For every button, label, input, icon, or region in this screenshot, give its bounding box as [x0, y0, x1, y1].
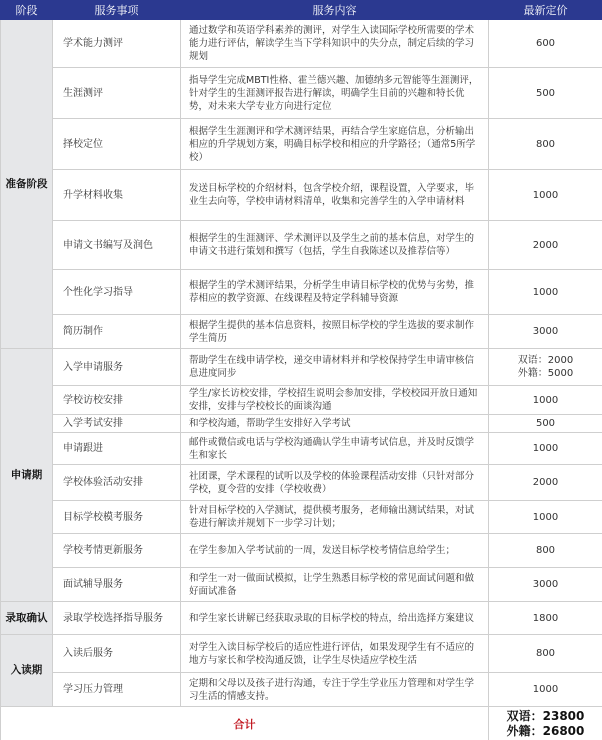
service-content: 社团课，学术课程的试听以及学校的体验课程活动安排（只针对部分学校，夏令营的安排（…: [181, 465, 489, 501]
service-item: 目标学校模考服务: [53, 501, 181, 534]
header-content: 服务内容: [181, 1, 489, 20]
table-row: 申请跟进 邮件或微信或电话与学校沟通确认学生申请考试信息，并及时反馈学生和家长 …: [1, 433, 602, 465]
table-row: 生涯测评 指导学生完成MBTI性格、霍兰德兴趣、加德纳多元智能等生涯测评，针对学…: [1, 68, 602, 119]
header-row: 阶段 服务事项 服务内容 最新定价: [1, 1, 602, 20]
table-row: 入学考试安排 和学校沟通，帮助学生安排好入学考试 500: [1, 415, 602, 433]
service-content: 和学生一对一做面试模拟，让学生熟悉目标学校的常见面试问题和做好面试准备: [181, 568, 489, 602]
service-item: 申请跟进: [53, 433, 181, 465]
service-content: 根据学生生涯测评和学术测评结果，再结合学生家庭信息，分析输出相应的升学规划方案，…: [181, 119, 489, 170]
total-row: 合计 双语：23800 外籍：26800: [1, 707, 602, 740]
service-price: 1000: [489, 386, 602, 415]
stage-enrollment: 入读期: [1, 635, 53, 707]
service-content: 针对目标学校的入学测试，提供模考服务，老师输出测试结果，对试卷进行解读并规划下一…: [181, 501, 489, 534]
table-row: 学校考情更新服务 在学生参加入学考试前的一周，发送目标学校考情信息给学生； 80…: [1, 534, 602, 568]
service-price: 500: [489, 415, 602, 433]
service-item: 择校定位: [53, 119, 181, 170]
service-price: 双语：2000 外籍：5000: [489, 349, 602, 386]
service-item: 学习压力管理: [53, 673, 181, 707]
service-item: 入学申请服务: [53, 349, 181, 386]
service-price: 1800: [489, 602, 602, 635]
table-row: 申请文书编写及润色 根据学生的生涯测评、学术测评以及学生之前的基本信息，对学生的…: [1, 221, 602, 270]
total-label: 合计: [1, 707, 489, 740]
service-content: 邮件或微信或电话与学校沟通确认学生申请考试信息，并及时反馈学生和家长: [181, 433, 489, 465]
service-price: 800: [489, 534, 602, 568]
total-foreign: 外籍：26800: [493, 724, 598, 739]
total-value: 双语：23800 外籍：26800: [489, 707, 602, 740]
header-price: 最新定价: [489, 1, 602, 20]
service-price: 500: [489, 68, 602, 119]
service-item: 简历制作: [53, 315, 181, 349]
service-content: 发送目标学校的介绍材料，包含学校介绍，课程设置，入学要求，毕业生去向等，学校申请…: [181, 170, 489, 221]
service-price: 3000: [489, 315, 602, 349]
service-price: 2000: [489, 465, 602, 501]
total-bilingual: 双语：23800: [493, 709, 598, 724]
header-item: 服务事项: [53, 1, 181, 20]
service-price: 1000: [489, 433, 602, 465]
service-price: 1000: [489, 270, 602, 315]
stage-prep: 准备阶段: [1, 20, 53, 349]
service-content: 对学生入读目标学校后的适应性进行评估，如果发现学生有不适应的地方与家长和学校沟通…: [181, 635, 489, 673]
table-row: 学习压力管理 定期和父母以及孩子进行沟通，专注于学生学业压力管理和对学生学习生活…: [1, 673, 602, 707]
service-content: 和学生家长讲解已经获取录取的目标学校的特点，给出选择方案建议: [181, 602, 489, 635]
service-content: 根据学生的学术测评结果，分析学生申请目标学校的优势与劣势，推荐相应的教学资源、在…: [181, 270, 489, 315]
service-content: 学生/家长访校安排，学校招生说明会参加安排，学校校园开放日通知安排，安排与学校校…: [181, 386, 489, 415]
service-price: 1000: [489, 501, 602, 534]
service-item: 升学材料收集: [53, 170, 181, 221]
service-item: 学校考情更新服务: [53, 534, 181, 568]
table-row: 入读期 入读后服务 对学生入读目标学校后的适应性进行评估，如果发现学生有不适应的…: [1, 635, 602, 673]
service-item: 学术能力测评: [53, 20, 181, 68]
service-price: 1000: [489, 673, 602, 707]
service-price: 1000: [489, 170, 602, 221]
service-item: 生涯测评: [53, 68, 181, 119]
service-item: 入学考试安排: [53, 415, 181, 433]
service-content: 和学校沟通，帮助学生安排好入学考试: [181, 415, 489, 433]
table-row: 简历制作 根据学生提供的基本信息资料，按照目标学校的学生选拔的要求制作学生简历 …: [1, 315, 602, 349]
table-row: 升学材料收集 发送目标学校的介绍材料，包含学校介绍，课程设置，入学要求，毕业生去…: [1, 170, 602, 221]
table-row: 准备阶段 学术能力测评 通过数学和英语学科素养的测评，对学生入读国际学校所需要的…: [1, 20, 602, 68]
stage-admission: 录取确认: [1, 602, 53, 635]
service-content: 指导学生完成MBTI性格、霍兰德兴趣、加德纳多元智能等生涯测评，针对学生的生涯测…: [181, 68, 489, 119]
service-price: 3000: [489, 568, 602, 602]
service-content: 通过数学和英语学科素养的测评，对学生入读国际学校所需要的学术能力进行评估，解读学…: [181, 20, 489, 68]
service-item: 个性化学习指导: [53, 270, 181, 315]
service-item: 申请文书编写及润色: [53, 221, 181, 270]
table-row: 个性化学习指导 根据学生的学术测评结果，分析学生申请目标学校的优势与劣势，推荐相…: [1, 270, 602, 315]
table-row: 学校访校安排 学生/家长访校安排，学校招生说明会参加安排，学校校园开放日通知安排…: [1, 386, 602, 415]
service-item: 录取学校选择指导服务: [53, 602, 181, 635]
header-stage: 阶段: [1, 1, 53, 20]
service-item: 入读后服务: [53, 635, 181, 673]
service-price: 800: [489, 635, 602, 673]
table-row: 面试辅导服务 和学生一对一做面试模拟，让学生熟悉目标学校的常见面试问题和做好面试…: [1, 568, 602, 602]
price-foreign: 外籍：5000: [493, 367, 598, 380]
table-row: 目标学校模考服务 针对目标学校的入学测试，提供模考服务，老师输出测试结果，对试卷…: [1, 501, 602, 534]
service-content: 根据学生的生涯测评、学术测评以及学生之前的基本信息，对学生的申请文书进行策划和撰…: [181, 221, 489, 270]
price-bilingual: 双语：2000: [493, 354, 598, 367]
service-price: 800: [489, 119, 602, 170]
stage-application: 申请期: [1, 349, 53, 602]
service-item: 学校体验活动安排: [53, 465, 181, 501]
service-content: 定期和父母以及孩子进行沟通，专注于学生学业压力管理和对学生学习生活的情感支持。: [181, 673, 489, 707]
table-row: 申请期 入学申请服务 帮助学生在线申请学校，递交申请材料并和学校保持学生申请审核…: [1, 349, 602, 386]
table-row: 录取确认 录取学校选择指导服务 和学生家长讲解已经获取录取的目标学校的特点，给出…: [1, 602, 602, 635]
pricing-table: 阶段 服务事项 服务内容 最新定价 准备阶段 学术能力测评 通过数学和英语学科素…: [0, 0, 602, 740]
service-item: 面试辅导服务: [53, 568, 181, 602]
service-content: 根据学生提供的基本信息资料，按照目标学校的学生选拔的要求制作学生简历: [181, 315, 489, 349]
table-row: 学校体验活动安排 社团课，学术课程的试听以及学校的体验课程活动安排（只针对部分学…: [1, 465, 602, 501]
service-price: 600: [489, 20, 602, 68]
service-content: 帮助学生在线申请学校，递交申请材料并和学校保持学生申请审核信息进度同步: [181, 349, 489, 386]
service-content: 在学生参加入学考试前的一周，发送目标学校考情信息给学生；: [181, 534, 489, 568]
service-price: 2000: [489, 221, 602, 270]
table-row: 择校定位 根据学生生涯测评和学术测评结果，再结合学生家庭信息，分析输出相应的升学…: [1, 119, 602, 170]
service-item: 学校访校安排: [53, 386, 181, 415]
